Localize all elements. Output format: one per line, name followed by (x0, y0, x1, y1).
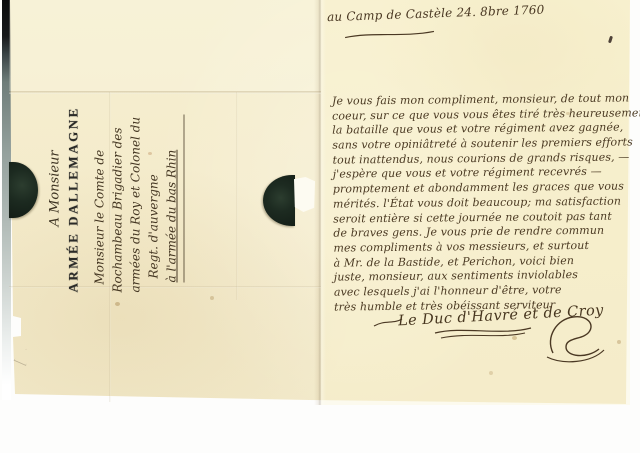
address-salutation: A Monsieur (48, 93, 63, 227)
center-fold (314, 0, 326, 405)
address-line: armées du Roy et Colonel du (127, 93, 145, 293)
address-underline (184, 115, 185, 283)
letter-scan: au Camp de Castèle 24. 8bre 1760 A Monsi… (0, 0, 640, 453)
address-line: Regt. d'auvergne (145, 93, 163, 279)
address-line: Monsieur le Comte de (91, 93, 109, 285)
letter-body: Je vous fais mon compliment, monsieur, d… (332, 91, 636, 314)
signature-paraph-icon (543, 311, 609, 367)
dateline-underline-icon (344, 22, 437, 44)
army-stamp: ARMÉE DALLEMAGNE (66, 93, 82, 293)
address-line: Rochambeau Brigadier des (109, 93, 127, 293)
torn-paper-patch (294, 177, 315, 212)
left-page-top-band (9, 0, 321, 91)
signature-flourish-icon (433, 324, 533, 344)
address-panel: A Monsieur ARMÉE DALLEMAGNE Monsieur le … (48, 93, 263, 293)
address-lines: Monsieur le Comte de Rochambeau Brigadie… (91, 93, 185, 293)
address-line: à l'armée du bas Rhin (163, 93, 181, 283)
